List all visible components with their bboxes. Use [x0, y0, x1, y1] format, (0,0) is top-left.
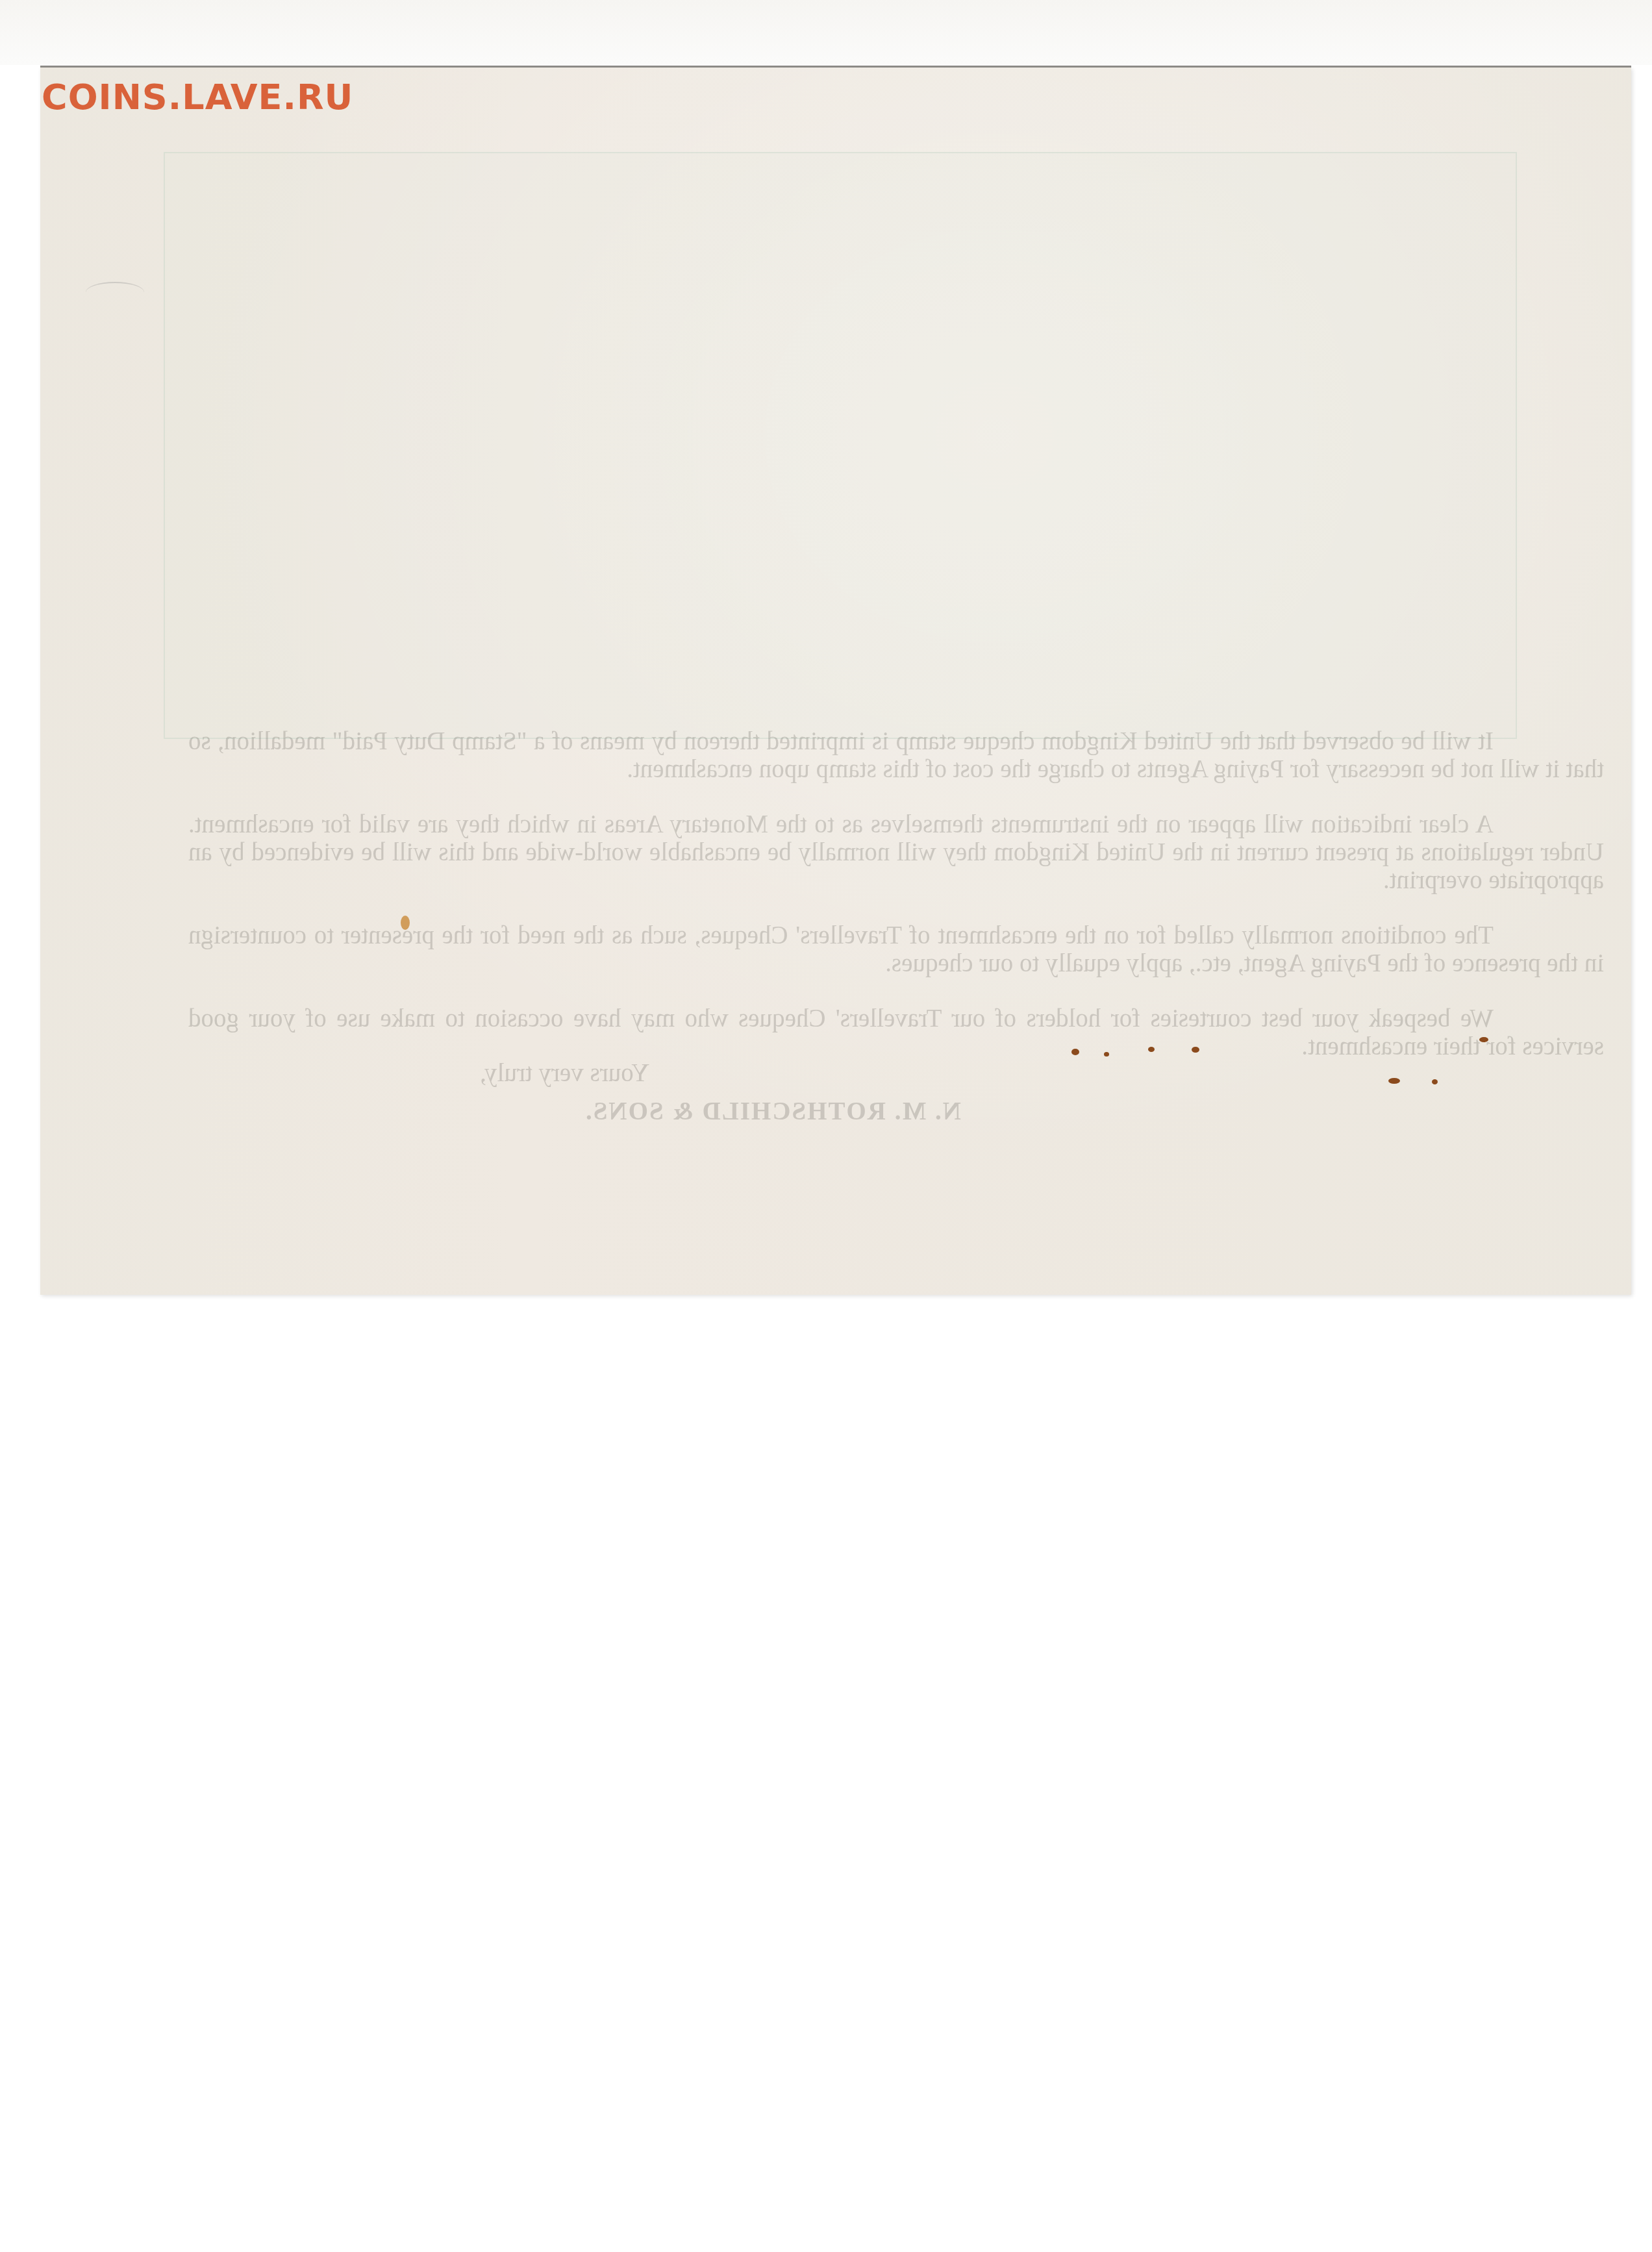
paper-crease — [86, 282, 144, 303]
closing-line: Yours very truly, — [377, 1058, 961, 1088]
mirrored-letter-text: It will be observed that the United King… — [188, 727, 1604, 1088]
paragraph: A clear indication will appear on the in… — [188, 810, 1604, 894]
stain-spot — [1192, 1047, 1199, 1053]
stain-spot — [401, 916, 410, 930]
paragraph: The conditions normally called for on th… — [188, 921, 1604, 977]
stain-spot — [1432, 1079, 1438, 1084]
signature: N. M. ROTHSCHILD & SONS. — [377, 1097, 961, 1126]
scanner-bed-edge — [0, 0, 1652, 65]
stain-spot — [1479, 1037, 1488, 1042]
show-through-cheque-frame — [164, 152, 1517, 739]
stain-spot — [1104, 1052, 1109, 1057]
paragraph: It will be observed that the United King… — [188, 727, 1604, 783]
letter-closing: Yours very truly, N. M. ROTHSCHILD & SON… — [377, 1058, 961, 1135]
watermark: COINS.LAVE.RU — [42, 77, 353, 118]
paragraph: We bespeak your best courtesies for hold… — [188, 1005, 1604, 1060]
stain-spot — [1148, 1047, 1155, 1052]
stain-spot — [1071, 1049, 1079, 1055]
stain-spot — [1388, 1078, 1400, 1084]
